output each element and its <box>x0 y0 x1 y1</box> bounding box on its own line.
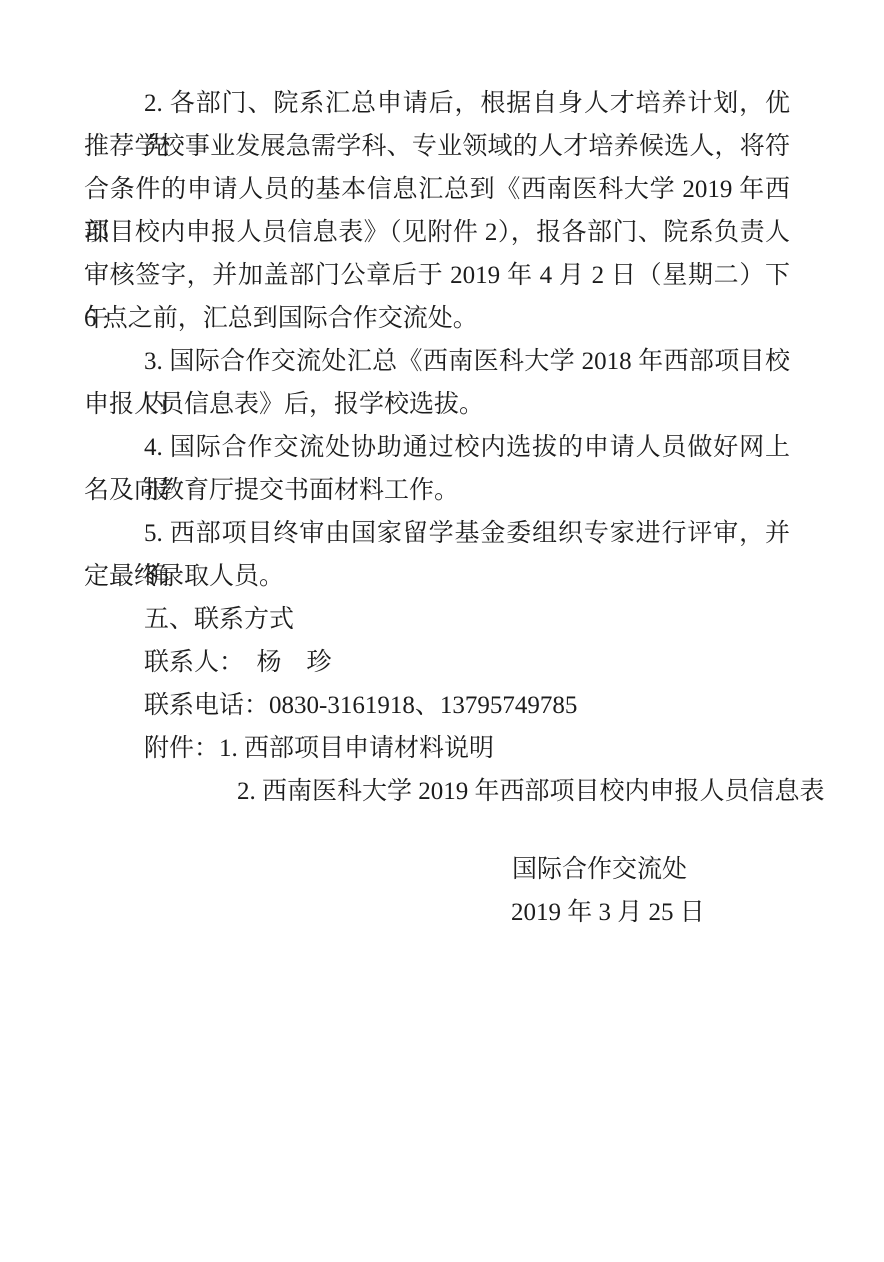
doc-heading-contact-section: 五、联系方式 <box>84 598 790 641</box>
doc-line-step5-start: 5. 西部项目终审由国家留学基金委组织专家进行评审，并确 <box>84 512 790 555</box>
doc-line-step2-cont-2: 合条件的申请人员的基本信息汇总到《西南医科大学 2019 年西部 <box>84 168 790 211</box>
doc-line-attachment-1: 附件：1. 西部项目申请材料说明 <box>84 727 790 770</box>
doc-line-step2-cont-4: 审核签字，并加盖部门公章后于 2019 年 4 月 2 日（星期二）下午 <box>84 254 790 297</box>
doc-line-step3-end: 申报人员信息表》后，报学校选拔。 <box>84 383 790 426</box>
doc-line-contact-person: 联系人： 杨 珍 <box>84 641 790 684</box>
signature-office: 国际合作交流处 <box>512 855 687 885</box>
doc-line-step4-end: 名及向教育厅提交书面材料工作。 <box>84 469 790 512</box>
doc-line-step2-end: 6 点之前，汇总到国际合作交流处。 <box>84 297 790 340</box>
doc-line-step3-start: 3. 国际合作交流处汇总《西南医科大学 2018 年西部项目校内 <box>84 340 790 383</box>
doc-line-attachment-2: 2. 西南医科大学 2019 年西部项目校内申报人员信息表 <box>84 770 790 813</box>
doc-line-contact-phone: 联系电话：0830-3161918、13795749785 <box>84 684 790 727</box>
doc-line-step4-start: 4. 国际合作交流处协助通过校内选拔的申请人员做好网上报 <box>84 426 790 469</box>
doc-line-step5-end: 定最终录取人员。 <box>84 555 790 598</box>
signature-date: 2019 年 3 月 25 日 <box>511 898 705 928</box>
document-page: 2. 各部门、院系汇总申请后，根据自身人才培养计划，优先 推荐学校事业发展急需学… <box>0 0 884 1262</box>
doc-line-step2-cont-1: 推荐学校事业发展急需学科、专业领域的人才培养候选人，将符 <box>84 125 790 168</box>
doc-line-step2-start: 2. 各部门、院系汇总申请后，根据自身人才培养计划，优先 <box>84 82 790 125</box>
document-body: 2. 各部门、院系汇总申请后，根据自身人才培养计划，优先 推荐学校事业发展急需学… <box>84 82 790 813</box>
doc-line-step2-cont-3: 项目校内申报人员信息表》（见附件 2），报各部门、院系负责人 <box>84 211 790 254</box>
